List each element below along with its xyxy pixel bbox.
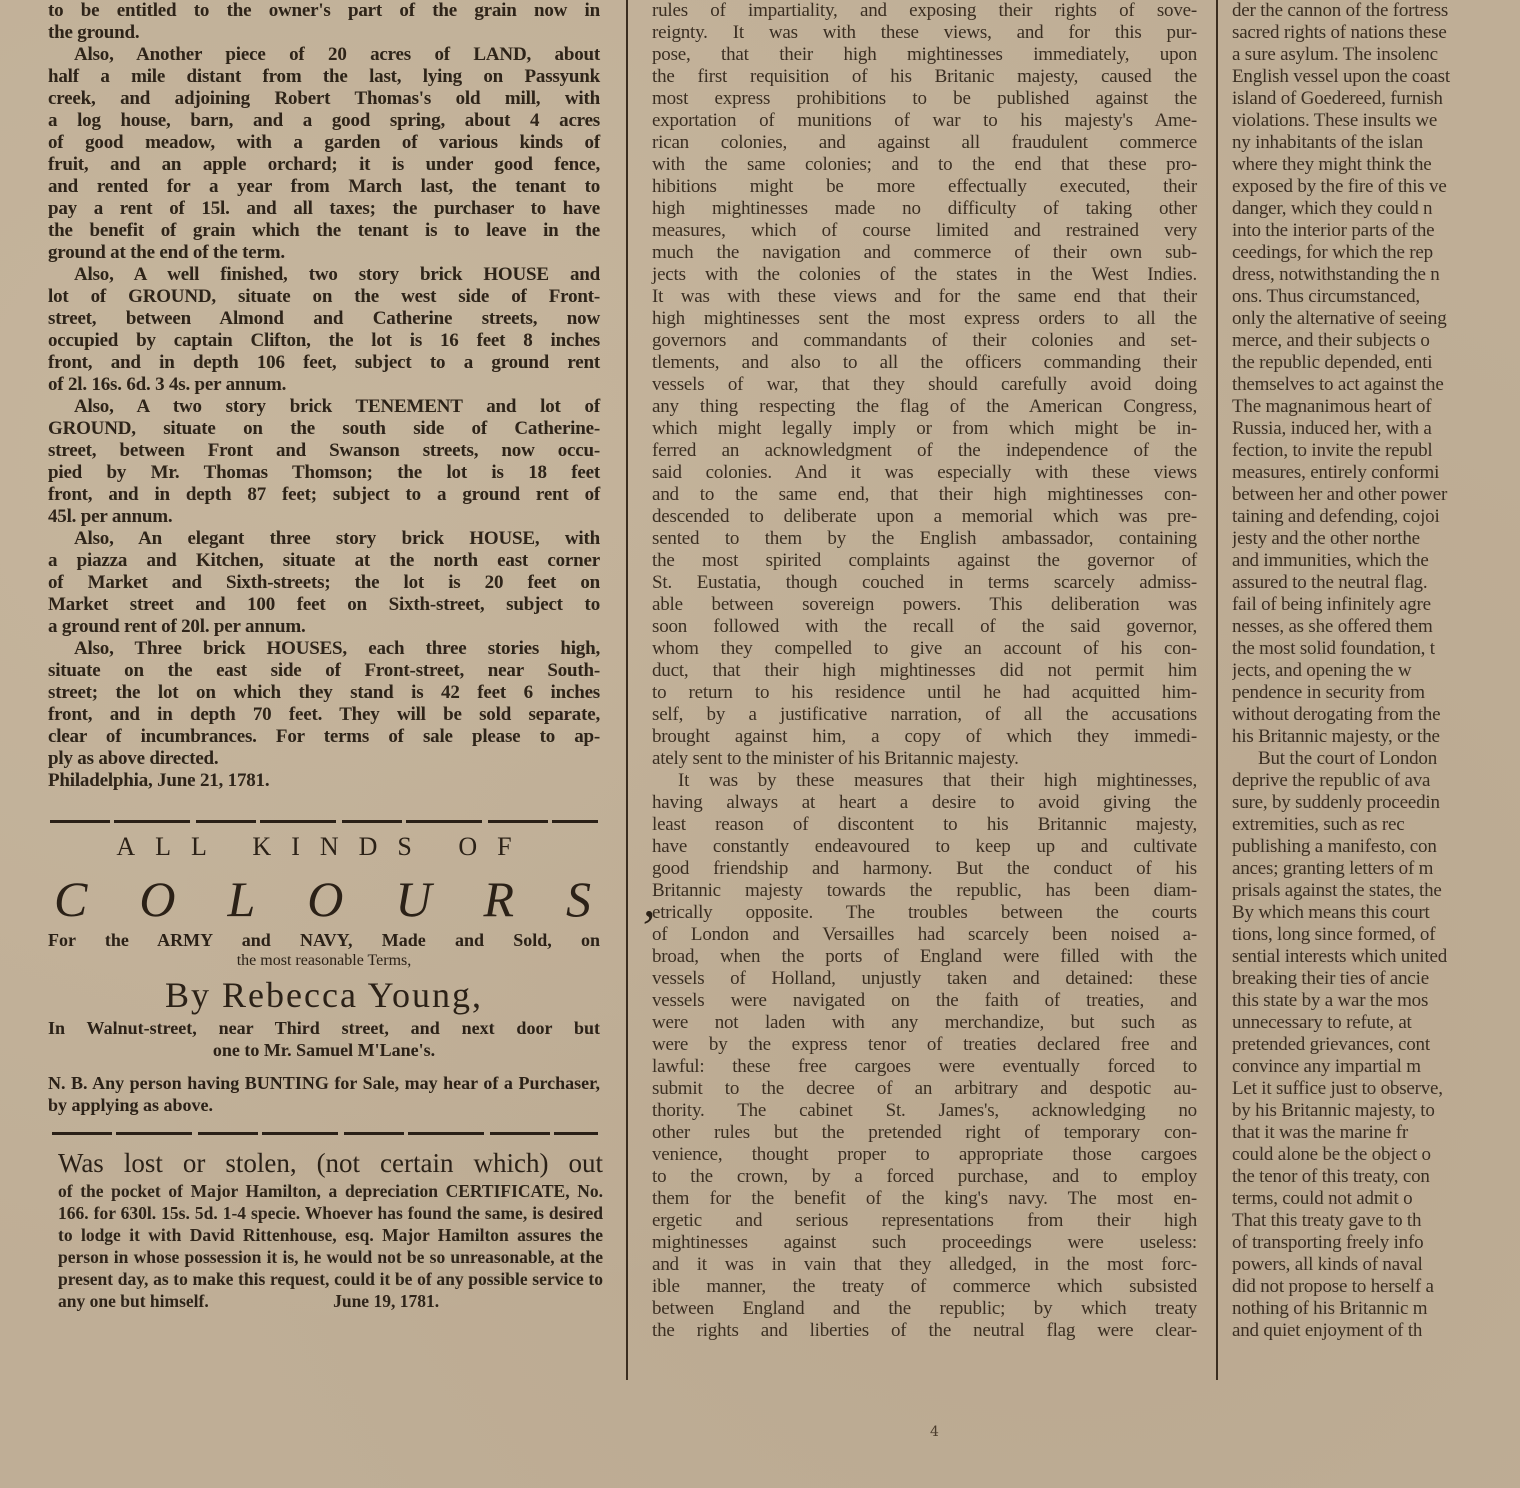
text-line: and immunities, which the [1232, 550, 1520, 572]
text-line: and to the same end, that their high mig… [652, 484, 1197, 506]
text-line: whom they compelled to give an account o… [652, 638, 1197, 660]
text-line: Market street and 100 feet on Sixth-stre… [48, 594, 600, 616]
text-line: Britannic majesty towards the republic, … [652, 880, 1197, 902]
text-line: terms, could not admit o [1232, 1188, 1520, 1210]
text-line: measures, entirely conformi [1232, 462, 1520, 484]
text-line: prisals against the states, the [1232, 880, 1520, 902]
text-line: Also, Another piece of 20 acres of LAND,… [48, 44, 600, 66]
text-line: tions, long since formed, of [1232, 924, 1520, 946]
text-line: brought against him, a copy of which the… [652, 726, 1197, 748]
text-line: this state by a war the mos [1232, 990, 1520, 1012]
text-line: a log house, barn, and a good spring, ab… [48, 110, 600, 132]
text-line: a ground rent of 20l. per annum. [48, 616, 600, 638]
text-line: with the same colonies; and to the end t… [652, 154, 1197, 176]
text-line: high mightinesses made no difficulty of … [652, 198, 1197, 220]
text-line: thority. The cabinet St. James's, acknow… [652, 1100, 1197, 1122]
text-line: pretended grievances, cont [1232, 1034, 1520, 1056]
text-line: pay a rent of 15l. and all taxes; the pu… [48, 198, 600, 220]
text-line: reignty. It was with these views, and fo… [652, 22, 1197, 44]
text-line: front, and in depth 70 feet. They will b… [48, 704, 600, 726]
text-line: only the alternative of seeing [1232, 308, 1520, 330]
text-line: that it was the marine fr [1232, 1122, 1520, 1144]
text-line: lot of GROUND, situate on the west side … [48, 286, 600, 308]
text-line: self, by a justificative narration, of a… [652, 704, 1197, 726]
text-line: ons. Thus circumstanced, [1232, 286, 1520, 308]
text-line: measures, which of course limited and re… [652, 220, 1197, 242]
text-line: the first requisition of his Britanic ma… [652, 66, 1197, 88]
text-line: and it was in vain that they alledged, i… [652, 1254, 1197, 1276]
text-line: ny inhabitants of the islan [1232, 132, 1520, 154]
text-line: fail of being infinitely agre [1232, 594, 1520, 616]
text-line: hibitions might be more effectually exec… [652, 176, 1197, 198]
text-line: ately sent to the minister of his Britan… [652, 748, 1197, 770]
colours-ad-note: N. B. Any person having BUNTING for Sale… [48, 1072, 600, 1116]
text-line: the benefit of grain which the tenant is… [48, 220, 600, 242]
text-line: and quiet enjoyment of th [1232, 1320, 1520, 1342]
text-line: high mightinesses sent the most express … [652, 308, 1197, 330]
text-line: extremities, such as rec [1232, 814, 1520, 836]
text-line: merce, and their subjects o [1232, 330, 1520, 352]
text-line: front, and in depth 87 feet; subject to … [48, 484, 600, 506]
column-divider [626, 0, 628, 1380]
text-line: rules of impartiality, and exposing thei… [652, 0, 1197, 22]
text-line: ground at the end of the term. [48, 242, 600, 264]
text-line: ferred an acknowledgment of the independ… [652, 440, 1197, 462]
text-line: occupied by captain Clifton, the lot is … [48, 330, 600, 352]
text-line: which might legally imply or from which … [652, 418, 1197, 440]
colours-ad-heading: ALL KINDS OF [48, 832, 600, 862]
text-line: any thing respecting the flag of the Ame… [652, 396, 1197, 418]
lost-ad-body: of the pocket of Major Hamilton, a depre… [58, 1180, 603, 1312]
text-line: danger, which they could n [1232, 198, 1520, 220]
text-line: other rules but the pretended right of t… [652, 1122, 1197, 1144]
text-line: exposed by the fire of this ve [1232, 176, 1520, 198]
text-line: into the interior parts of the [1232, 220, 1520, 242]
text-line: the ground. [48, 22, 600, 44]
text-line: taining and defending, cojoi [1232, 506, 1520, 528]
text-line: ply as above directed. [48, 748, 600, 770]
text-line: jects with the colonies of the states in… [652, 264, 1197, 286]
text-line: to the crown, by a forced purchase, and … [652, 1166, 1197, 1188]
text-line: much the navigation and commerce of thei… [652, 242, 1197, 264]
text-line: GROUND, situate on the south side of Cat… [48, 418, 600, 440]
text-line: good friendship and harmony. But the con… [652, 858, 1197, 880]
column-3-dutch-memorial-continued: der the cannon of the fortresssacred rig… [1232, 0, 1520, 1342]
text-line: street; the lot on which they stand is 4… [48, 682, 600, 704]
text-line: ergetic and serious representations from… [652, 1210, 1197, 1232]
ad-separator-rule [50, 820, 598, 823]
text-line: mightinesses against such proceedings we… [652, 1232, 1197, 1254]
text-line: powers, all kinds of naval [1232, 1254, 1520, 1276]
text-line: dress, notwithstanding the n [1232, 264, 1520, 286]
text-line: street, between Front and Swanson street… [48, 440, 600, 462]
text-line: were not laden with any merchandize, but… [652, 1012, 1197, 1034]
text-line: It was by these measures that their high… [652, 770, 1197, 792]
text-line: to be entitled to the owner's part of th… [48, 0, 600, 22]
text-line: soon followed with the recall of the sai… [652, 616, 1197, 638]
text-line: a sure asylum. The insolenc [1232, 44, 1520, 66]
colours-ad-address: In Walnut-street, near Third street, and… [48, 1018, 600, 1039]
text-line: clear of incumbrances. For terms of sale… [48, 726, 600, 748]
text-line: between England and the republic; by whi… [652, 1298, 1197, 1320]
text-line: der the cannon of the fortress [1232, 0, 1520, 22]
text-line: pose, that their high mightinesses immed… [652, 44, 1197, 66]
newspaper-page: to be entitled to the owner's part of th… [0, 0, 1520, 1488]
text-line: of transporting freely info [1232, 1232, 1520, 1254]
text-line: unnecessary to refute, at [1232, 1012, 1520, 1034]
colours-ad-seller: By Rebecca Young, [48, 974, 600, 1016]
text-line: But the court of London [1232, 748, 1520, 770]
text-line: The magnanimous heart of [1232, 396, 1520, 418]
text-line: convince any impartial m [1232, 1056, 1520, 1078]
text-line: of Market and Sixth-streets; the lot is … [48, 572, 600, 594]
text-line: island of Goedereed, furnish [1232, 88, 1520, 110]
lost-ad-headline: Was lost or stolen, (not certain which) … [58, 1148, 603, 1179]
text-line: fruit, and an apple orchard; it is under… [48, 154, 600, 176]
text-line: pied by Mr. Thomas Thomson; the lot is 1… [48, 462, 600, 484]
text-line: vessels of Holland, unjustly taken and d… [652, 968, 1197, 990]
column-1-real-estate-ads: to be entitled to the owner's part of th… [48, 0, 600, 792]
text-line: St. Eustatia, though couched in terms sc… [652, 572, 1197, 594]
text-line: broad, when the ports of England were fi… [652, 946, 1197, 968]
text-line: sential interests which united [1232, 946, 1520, 968]
text-line: half a mile distant from the last, lying… [48, 66, 600, 88]
colours-ad-address-2: one to Mr. Samuel M'Lane's. [48, 1040, 600, 1061]
text-line: nesses, as she offered them [1232, 616, 1520, 638]
text-line: the most spirited complaints against the… [652, 550, 1197, 572]
text-line: sure, by suddenly proceedin [1232, 792, 1520, 814]
text-line: between her and other power [1232, 484, 1520, 506]
text-line: to return to his residence until he had … [652, 682, 1197, 704]
text-line: front, and in depth 106 feet, subject to… [48, 352, 600, 374]
text-line: the most solid foundation, t [1232, 638, 1520, 660]
text-line: Russia, induced her, with a [1232, 418, 1520, 440]
text-line: rican colonies, and against all fraudule… [652, 132, 1197, 154]
text-line: Also, An elegant three story brick HOUSE… [48, 528, 600, 550]
text-line: ceedings, for which the rep [1232, 242, 1520, 264]
text-line: venience, thought proper to appropriate … [652, 1144, 1197, 1166]
text-line: Philadelphia, June 21, 1781. [48, 770, 600, 792]
text-line: vessels were navigated on the faith of t… [652, 990, 1197, 1012]
text-line: the tenor of this treaty, con [1232, 1166, 1520, 1188]
column-2-dutch-memorial: rules of impartiality, and exposing thei… [652, 0, 1197, 1342]
text-line: nothing of his Britannic m [1232, 1298, 1520, 1320]
text-line: able between sovereign powers. This deli… [652, 594, 1197, 616]
text-line: descended to deliberate upon a memorial … [652, 506, 1197, 528]
text-line: Also, Three brick HOUSES, each three sto… [48, 638, 600, 660]
text-line: themselves to act against the [1232, 374, 1520, 396]
text-line: where they might think the [1232, 154, 1520, 176]
text-line: Also, A two story brick TENEMENT and lot… [48, 396, 600, 418]
text-line: English vessel upon the coast [1232, 66, 1520, 88]
text-line: etrically opposite. The troubles between… [652, 902, 1197, 924]
text-line: creek, and adjoining Robert Thomas's old… [48, 88, 600, 110]
text-line: his Britannic majesty, or the [1232, 726, 1520, 748]
text-line: and rented for a year from March last, t… [48, 176, 600, 198]
text-line: ible manner, the treaty of commerce whic… [652, 1276, 1197, 1298]
text-line: assured to the neutral flag. [1232, 572, 1520, 594]
colours-ad-title: COLOURS, [48, 870, 606, 928]
column-divider [1216, 0, 1218, 1380]
text-line: lawful: these free cargoes were eventual… [652, 1056, 1197, 1078]
text-line: jects, and opening the w [1232, 660, 1520, 682]
text-line: without derogating from the [1232, 704, 1520, 726]
text-line: submit to the decree of an arbitrary and… [652, 1078, 1197, 1100]
text-line: Let it suffice just to observe, [1232, 1078, 1520, 1100]
text-line: duct, that their high mightinesses did n… [652, 660, 1197, 682]
text-line: violations. These insults we [1232, 110, 1520, 132]
text-line: the republic depended, enti [1232, 352, 1520, 374]
text-line: It was with these views and for the same… [652, 286, 1197, 308]
text-line: could alone be the object o [1232, 1144, 1520, 1166]
text-line: deprive the republic of ava [1232, 770, 1520, 792]
text-line: jesty and the other northe [1232, 528, 1520, 550]
text-line: said colonies. And it was especially wit… [652, 462, 1197, 484]
text-line: street, between Almond and Catherine str… [48, 308, 600, 330]
text-line: Also, A well finished, two story brick H… [48, 264, 600, 286]
lost-ad-date: June 19, 1781. [213, 1291, 439, 1311]
text-line: of London and Versailles had scarcely be… [652, 924, 1197, 946]
colours-ad-subtitle: For the ARMY and NAVY, Made and Sold, on [48, 930, 600, 951]
text-line: have constantly endeavoured to keep up a… [652, 836, 1197, 858]
text-line: That this treaty gave to th [1232, 1210, 1520, 1232]
text-line: sacred rights of nations these [1232, 22, 1520, 44]
colours-ad-terms: the most reasonable Terms, [48, 952, 600, 970]
text-line: breaking their ties of ancie [1232, 968, 1520, 990]
text-line: governors and commandants of their colon… [652, 330, 1197, 352]
text-line: of good meadow, with a garden of various… [48, 132, 600, 154]
text-line: them for the benefit of the king's navy.… [652, 1188, 1197, 1210]
text-line: exportation of munitions of war to his m… [652, 110, 1197, 132]
text-line: by his Britannic majesty, to [1232, 1100, 1520, 1122]
text-line: fection, to invite the republ [1232, 440, 1520, 462]
text-line: ances; granting letters of m [1232, 858, 1520, 880]
text-line: tlements, and also to all the officers c… [652, 352, 1197, 374]
text-line: of 2l. 16s. 6d. 3 4s. per annum. [48, 374, 600, 396]
text-line: 45l. per annum. [48, 506, 600, 528]
ad-separator-rule [52, 1132, 598, 1135]
text-line: most express prohibitions to be publishe… [652, 88, 1197, 110]
text-line: the rights and liberties of the neutral … [652, 1320, 1197, 1342]
text-line: pendence in security from [1232, 682, 1520, 704]
text-line: By which means this court [1232, 902, 1520, 924]
text-line: did not propose to herself a [1232, 1276, 1520, 1298]
text-line: publishing a manifesto, con [1232, 836, 1520, 858]
text-line: having always at heart a desire to avoid… [652, 792, 1197, 814]
text-line: were by the express tenor of treaties de… [652, 1034, 1197, 1056]
text-line: a piazza and Kitchen, situate at the nor… [48, 550, 600, 572]
text-line: situate on the east side of Front-street… [48, 660, 600, 682]
text-line: vessels of war, that they should careful… [652, 374, 1197, 396]
text-line: least reason of discontent to his Britan… [652, 814, 1197, 836]
text-line: sented to them by the English ambassador… [652, 528, 1197, 550]
page-number: 4 [930, 1424, 939, 1440]
